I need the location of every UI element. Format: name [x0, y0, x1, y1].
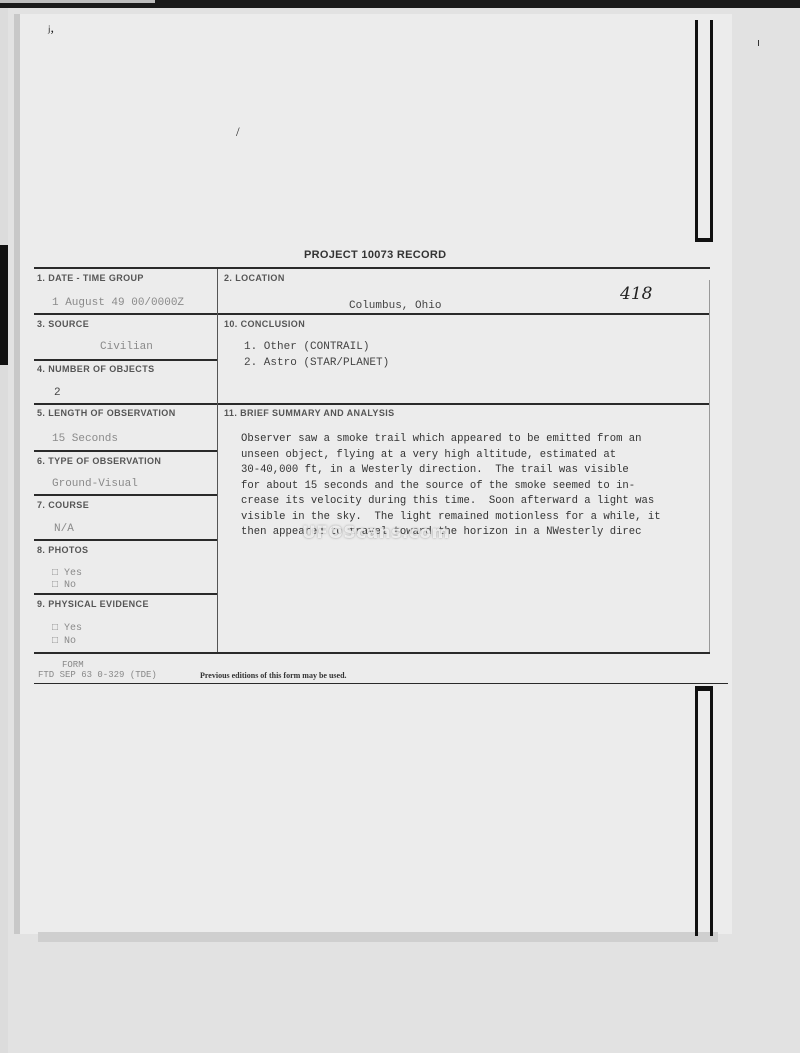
date-time-group-value: 1 August 49 00/0000Z — [52, 297, 184, 309]
photos-option-no: □ No — [52, 580, 76, 591]
course-label: 7. COURSE — [37, 500, 89, 510]
binder-clip-bottom — [695, 686, 713, 936]
rule-top — [34, 267, 710, 269]
rule-course — [34, 539, 218, 541]
form-number: FTD SEP 63 0-329 (TDE) — [38, 670, 157, 680]
rule-bottom — [34, 652, 710, 654]
photos-label: 8. PHOTOS — [37, 545, 88, 555]
number-of-objects-label: 4. NUMBER OF OBJECTS — [37, 364, 155, 374]
location-label: 2. LOCATION — [224, 273, 285, 283]
source-label: 3. SOURCE — [37, 319, 89, 329]
stray-mark: / — [236, 124, 240, 140]
rule-row2 — [34, 403, 710, 405]
form-id: FORM FTD SEP 63 0-329 (TDE) — [38, 660, 157, 680]
number-of-objects-value: 2 — [54, 387, 61, 399]
physical-evidence-label: 9. PHYSICAL EVIDENCE — [37, 599, 149, 609]
case-number-handwritten: 418 — [620, 284, 652, 304]
form-title: PROJECT 10073 RECORD — [304, 249, 446, 261]
rule-type — [34, 494, 218, 496]
corner-mark: ⱼ, — [48, 20, 54, 37]
scan-left-edge — [0, 245, 8, 365]
conclusion-item-1: 1. Other (CONTRAIL) — [244, 341, 369, 353]
length-of-observation-value: 15 Seconds — [52, 433, 118, 445]
scan-top-edge-light — [0, 0, 155, 3]
rule-row1 — [34, 313, 710, 315]
rule-footer — [34, 683, 728, 684]
footer-note: Previous editions of this form may be us… — [200, 671, 347, 680]
summary-label: 11. BRIEF SUMMARY AND ANALYSIS — [224, 408, 395, 418]
rule-source — [34, 359, 218, 361]
photos-option-yes: □ Yes — [52, 568, 82, 579]
conclusion-item-2: 2. Astro (STAR/PLANET) — [244, 357, 389, 369]
location-value: Columbus, Ohio — [349, 300, 441, 312]
source-value: Civilian — [100, 341, 153, 353]
physical-evidence-option-yes: □ Yes — [52, 623, 82, 634]
page-bottom-shadow — [38, 932, 718, 942]
conclusion-label: 10. CONCLUSION — [224, 319, 305, 329]
length-of-observation-label: 5. LENGTH OF OBSERVATION — [37, 408, 176, 418]
date-time-group-label: 1. DATE - TIME GROUP — [37, 273, 144, 283]
watermark: UFOScans.com — [302, 523, 450, 543]
type-of-observation-label: 6. TYPE OF OBSERVATION — [37, 456, 161, 466]
type-of-observation-value: Ground-Visual — [52, 478, 138, 490]
physical-evidence-option-no: □ No — [52, 636, 76, 647]
binder-clip-top — [695, 20, 713, 242]
column-divider — [217, 269, 218, 652]
form-label: FORM — [38, 660, 157, 670]
rule-length — [34, 450, 218, 452]
course-value: N/A — [54, 523, 74, 535]
edge-mark — [758, 40, 759, 46]
rule-photos — [34, 593, 218, 595]
